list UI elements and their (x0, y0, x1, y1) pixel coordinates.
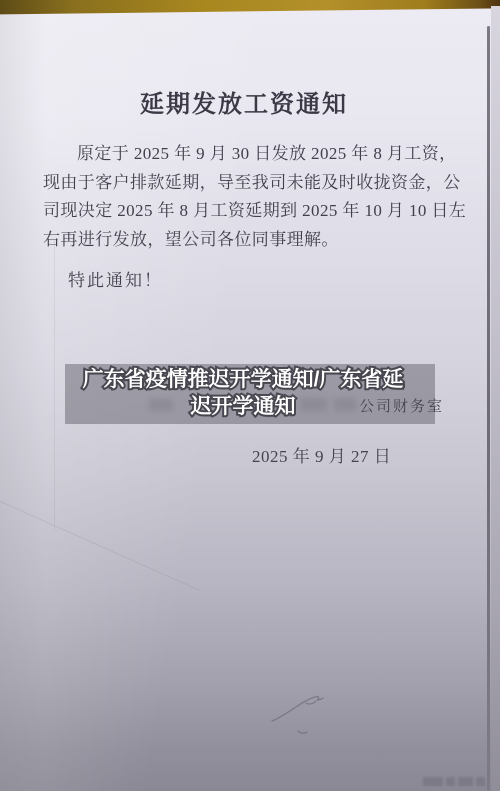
notice-body-line: 右再进行发放，望公司各位同事理解。 (43, 225, 339, 250)
caption-line-1: 广东省疫情推迟开学通知/广东省延 (65, 366, 421, 393)
notice-title: 延期发放工资通知 (0, 84, 488, 119)
notice-body-line: 现由于客户排款延期，导至我司未能及时收拢资金，公 (43, 168, 461, 193)
notice-date: 2025 年 9 月 27 日 (252, 442, 391, 467)
paper-crease-diagonal (0, 492, 199, 591)
watermark-segment (446, 777, 455, 786)
paper-crease-vertical (54, 240, 55, 530)
paper-edge-shadow-line (487, 26, 490, 791)
notice-body-line: 司现决定 2025 年 8 月工资延期到 2025 年 10 月 10 日左 (43, 196, 466, 221)
caption-overlay-text: 广东省疫情推迟开学通知/广东省延 迟开学通知 (65, 366, 435, 420)
notice-closing: 特此通知！ (68, 266, 163, 291)
pen-scribble-mark (268, 686, 332, 738)
watermark-segment (458, 777, 473, 786)
notice-body-line: 原定于 2025 年 9 月 30 日发放 2025 年 8 月工资， (77, 139, 457, 164)
caption-line-2: 迟开学通知 (65, 393, 421, 420)
video-frame: 延期发放工资通知 原定于 2025 年 9 月 30 日发放 2025 年 8 … (0, 0, 500, 791)
paper-right-margin (491, 6, 500, 791)
watermark (423, 777, 485, 786)
desk-edge (0, 0, 500, 16)
watermark-segment (423, 777, 443, 786)
watermark-segment (476, 777, 485, 786)
